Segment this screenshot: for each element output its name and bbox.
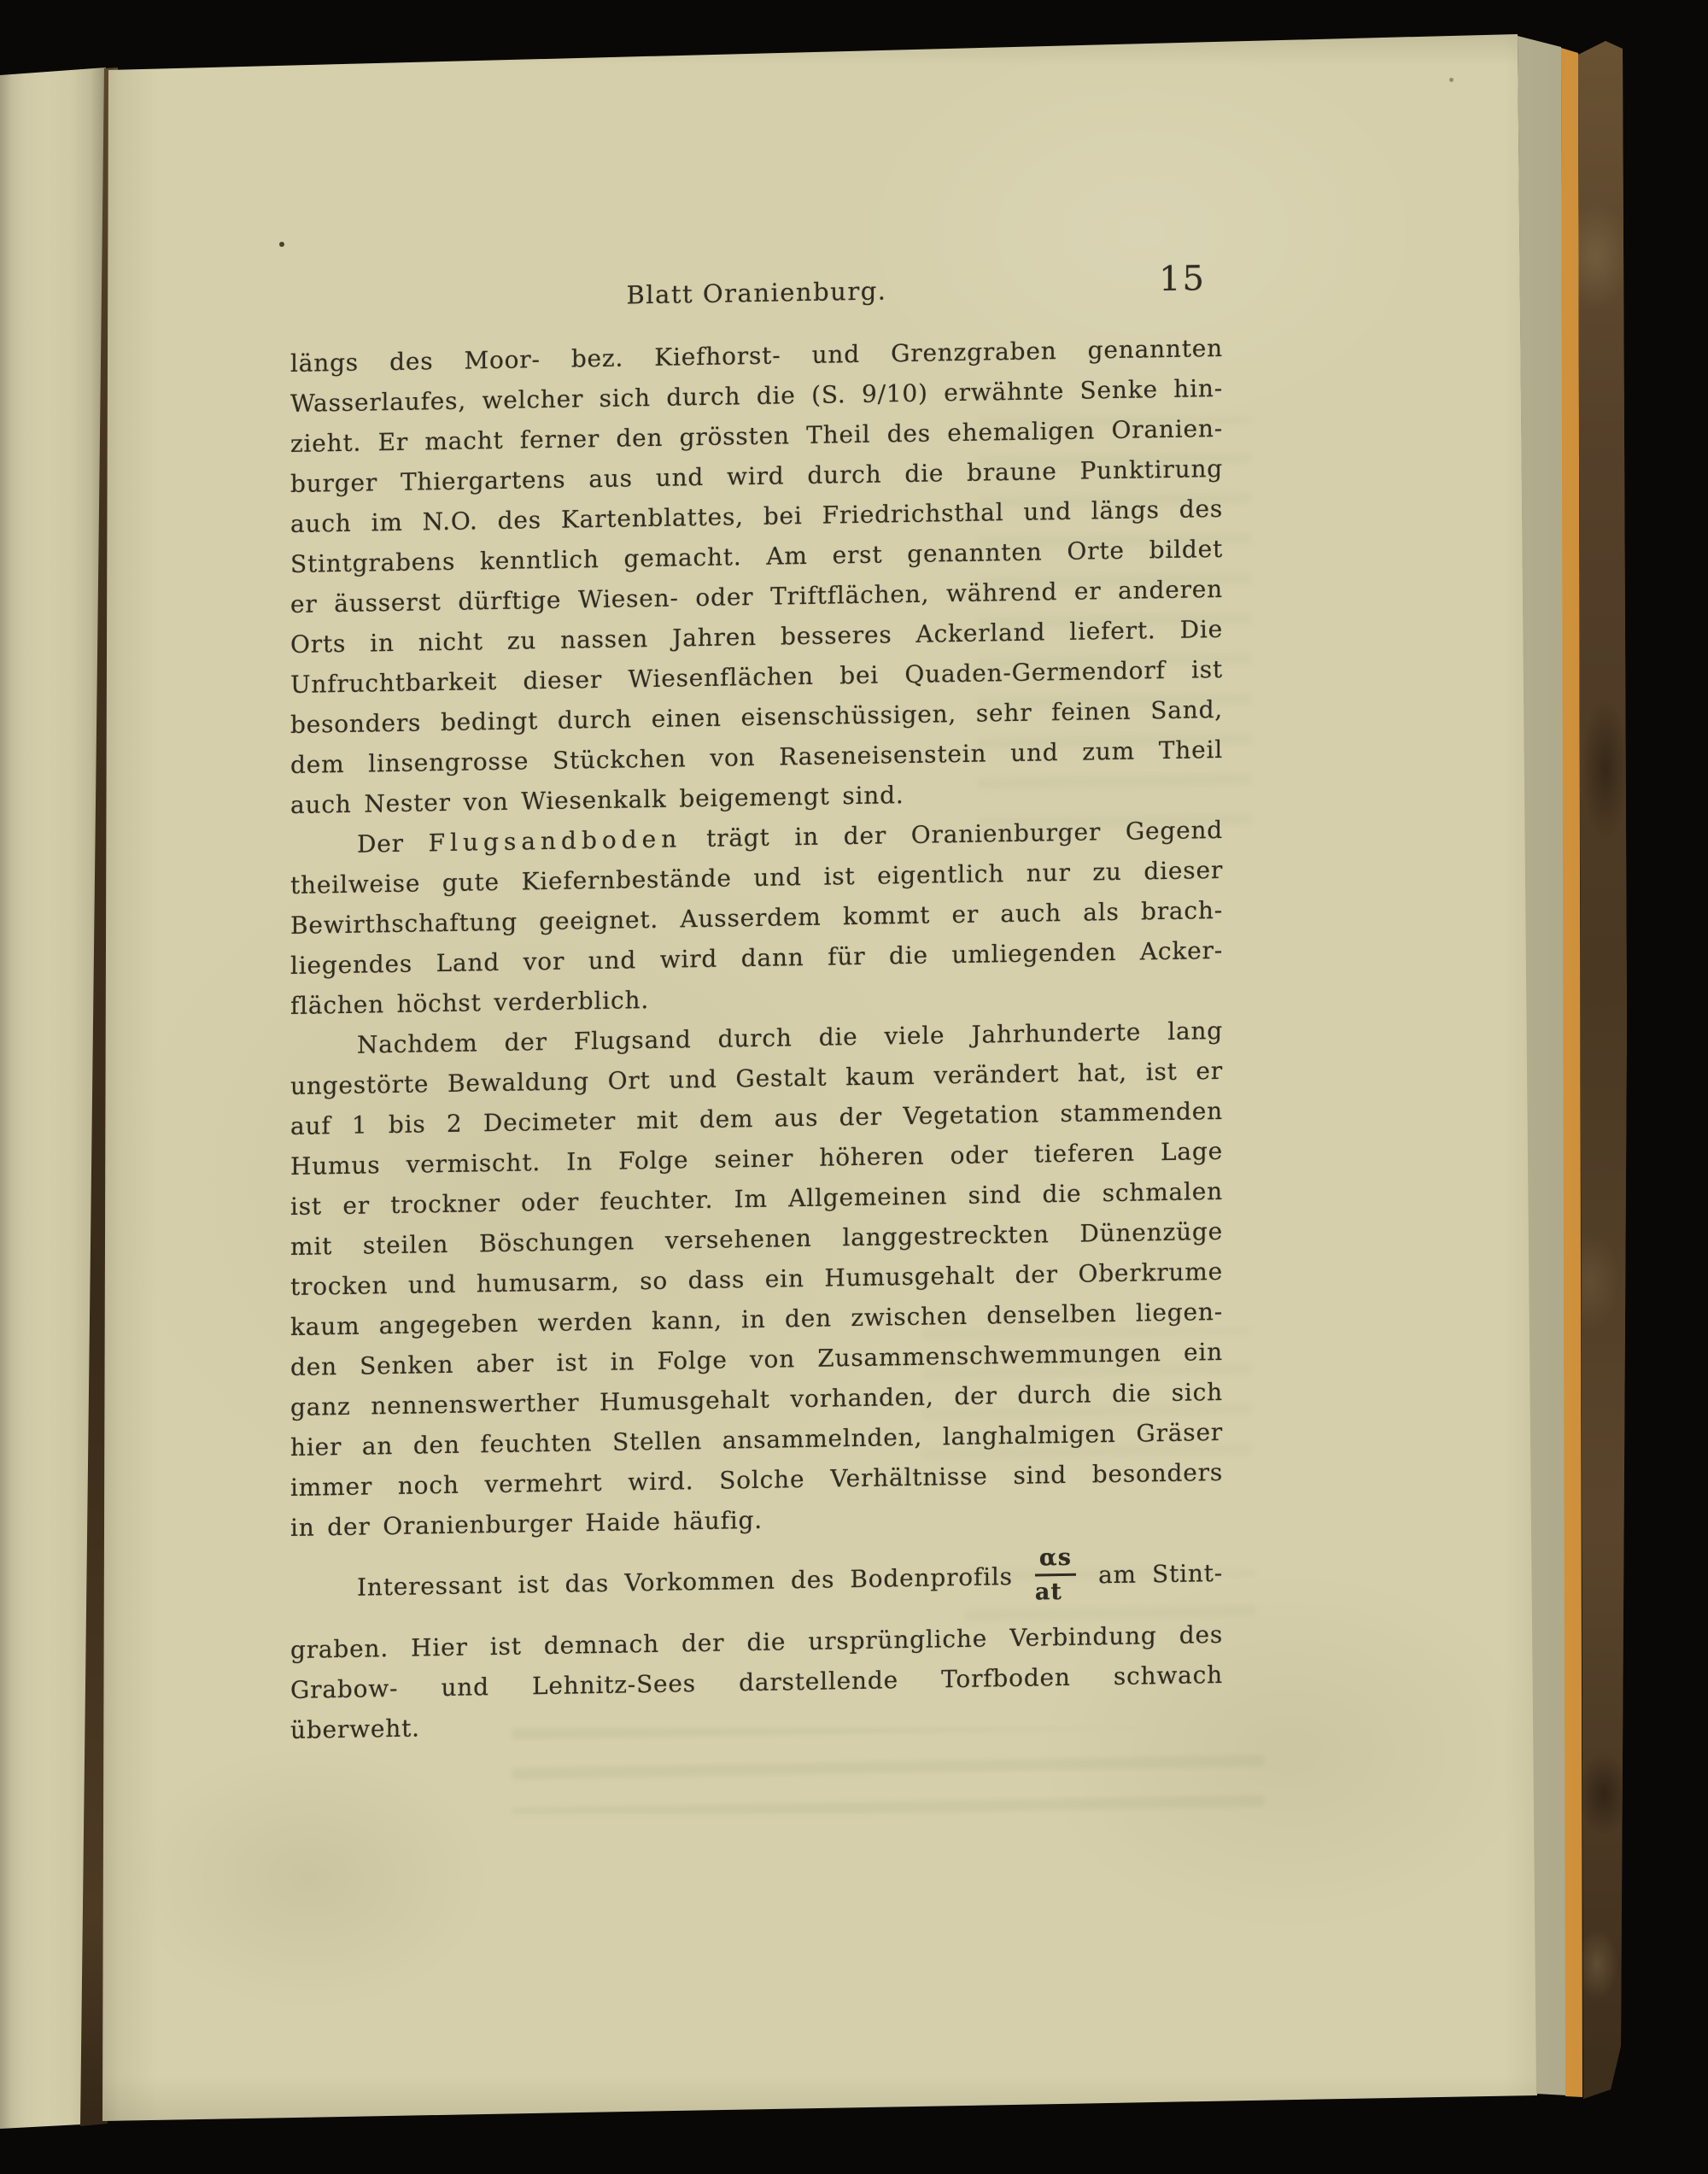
verso-showthrough bbox=[512, 1728, 1264, 1814]
text-line: Stintgrabens kenntlich gemacht. Am erst … bbox=[290, 529, 1223, 584]
body-text: längs des Moor- bez. Kiefhorst- und Gren… bbox=[290, 328, 1223, 1750]
text-line: er äusserst dürftige Wiesen- oder Triftf… bbox=[290, 569, 1223, 624]
line-text: Der bbox=[357, 829, 404, 858]
text-line: dem linsengrosse Stückchen von Raseneise… bbox=[290, 730, 1223, 785]
text-line: Nachdem der Flugsand durch die viele Jah… bbox=[290, 1011, 1223, 1066]
text-line: burger Thiergartens aus und wird durch d… bbox=[290, 448, 1223, 504]
text-line: trocken und humusarm, so dass ein Humusg… bbox=[290, 1251, 1223, 1307]
text-line: theilweise gute Kiefernbestände und ist … bbox=[290, 850, 1223, 905]
next-leaf-edge bbox=[0, 0, 1708, 2174]
text-line: in der Oranienburger Haide häufig. bbox=[290, 1492, 1223, 1548]
spaced-word: Flugsandboden bbox=[429, 824, 682, 857]
text-line: Orts in nicht zu nassen Jahren besseres … bbox=[290, 609, 1223, 665]
text-line: auch Nester von Wiesenkalk beigemengt si… bbox=[290, 770, 1223, 825]
verso-showthrough bbox=[965, 1570, 1255, 1632]
text-line: liegendes Land vor und wird dann für die… bbox=[290, 930, 1223, 986]
paper-fleck bbox=[1449, 78, 1454, 82]
running-header-title: Blatt Oranienburg. bbox=[290, 271, 1223, 315]
text-line: überweht. bbox=[290, 1695, 1223, 1750]
verso-showthrough bbox=[922, 1328, 1251, 1478]
soil-profile-fraction: αsat bbox=[1035, 1546, 1076, 1604]
text-line: Humus vermischt. In Folge seiner höheren… bbox=[290, 1131, 1223, 1187]
gutter-shadow bbox=[0, 0, 128, 2174]
text-line: Grabow- und Lehnitz-Sees darstellende To… bbox=[290, 1655, 1223, 1710]
paragraph-2: Der Flugsandboden trägt in der Oranienbu… bbox=[290, 810, 1223, 1026]
text-line: mit steilen Böschungen versehenen langge… bbox=[290, 1211, 1223, 1267]
paragraph-1: längs des Moor- bez. Kiefhorst- und Gren… bbox=[290, 328, 1223, 825]
ink-speck bbox=[279, 242, 284, 247]
fraction-denominator: at bbox=[1035, 1576, 1076, 1604]
text-line: auf 1 bis 2 Decimeter mit dem aus der Ve… bbox=[290, 1091, 1223, 1146]
text-line: ist er trockner oder feuchter. Im Allgem… bbox=[290, 1171, 1223, 1227]
paragraph-4: Interessant ist das Vorkommen des Bodenp… bbox=[290, 1532, 1223, 1750]
text-line: zieht. Er macht ferner den grössten Thei… bbox=[290, 408, 1223, 464]
printed-content: Blatt Oranienburg. 15 längs des Moor- be… bbox=[290, 6, 1223, 21]
text-line: Unfruchtbarkeit dieser Wiesenflächen bei… bbox=[290, 649, 1223, 705]
text-line-with-fraction: Interessant ist das Vorkommen des Bodenp… bbox=[290, 1532, 1223, 1630]
text-line: auch im N.O. des Kartenblattes, bei Frie… bbox=[290, 489, 1223, 544]
text-line: graben. Hier ist demnach der die ursprün… bbox=[290, 1614, 1223, 1670]
text-line: ungestörte Bewaldung Ort und Gestalt kau… bbox=[290, 1051, 1223, 1106]
text-line: Bewirthschaftung geeignet. Ausserdem kom… bbox=[290, 890, 1223, 946]
text-line: besonders bedingt durch einen eisenschüs… bbox=[290, 689, 1223, 745]
text-line: Wasserlaufes, welcher sich durch die (S.… bbox=[290, 368, 1223, 424]
photo-background: { "page": { "header": { "title": "Blatt … bbox=[0, 0, 1708, 2174]
line-text: am Stint- bbox=[1098, 1559, 1223, 1589]
text-line: den Senken aber ist in Folge von Zusamme… bbox=[290, 1332, 1223, 1387]
fraction-numerator: αs bbox=[1035, 1546, 1076, 1577]
line-text: trägt in der Oranienburger Gegend bbox=[706, 816, 1223, 853]
page-number: 15 bbox=[1159, 259, 1206, 299]
paragraph-3: Nachdem der Flugsand durch die viele Jah… bbox=[290, 1011, 1223, 1548]
text-line: flächen höchst verderblich. bbox=[290, 970, 1223, 1026]
text-line: kaum angegeben werden kann, in den zwisc… bbox=[290, 1292, 1223, 1347]
left-page-edges bbox=[0, 0, 120, 2174]
book-page: Blatt Oranienburg. 15 längs des Moor- be… bbox=[90, 21, 1552, 2131]
text-line: Der Flugsandboden trägt in der Oranienbu… bbox=[290, 810, 1223, 865]
leather-cover-edge bbox=[0, 0, 1708, 2174]
fore-edge-orange bbox=[0, 0, 1708, 2174]
text-line: ganz nennenswerther Humusgehalt vorhande… bbox=[290, 1372, 1223, 1427]
text-line: längs des Moor- bez. Kiefhorst- und Gren… bbox=[290, 328, 1223, 384]
text-line: immer noch vermehrt wird. Solche Verhält… bbox=[290, 1452, 1223, 1508]
line-text: Interessant ist das Vorkommen des Bodenp… bbox=[357, 1562, 1013, 1602]
verso-showthrough bbox=[978, 417, 1251, 827]
text-line: hier an den feuchten Stellen ansammelnde… bbox=[290, 1412, 1223, 1468]
